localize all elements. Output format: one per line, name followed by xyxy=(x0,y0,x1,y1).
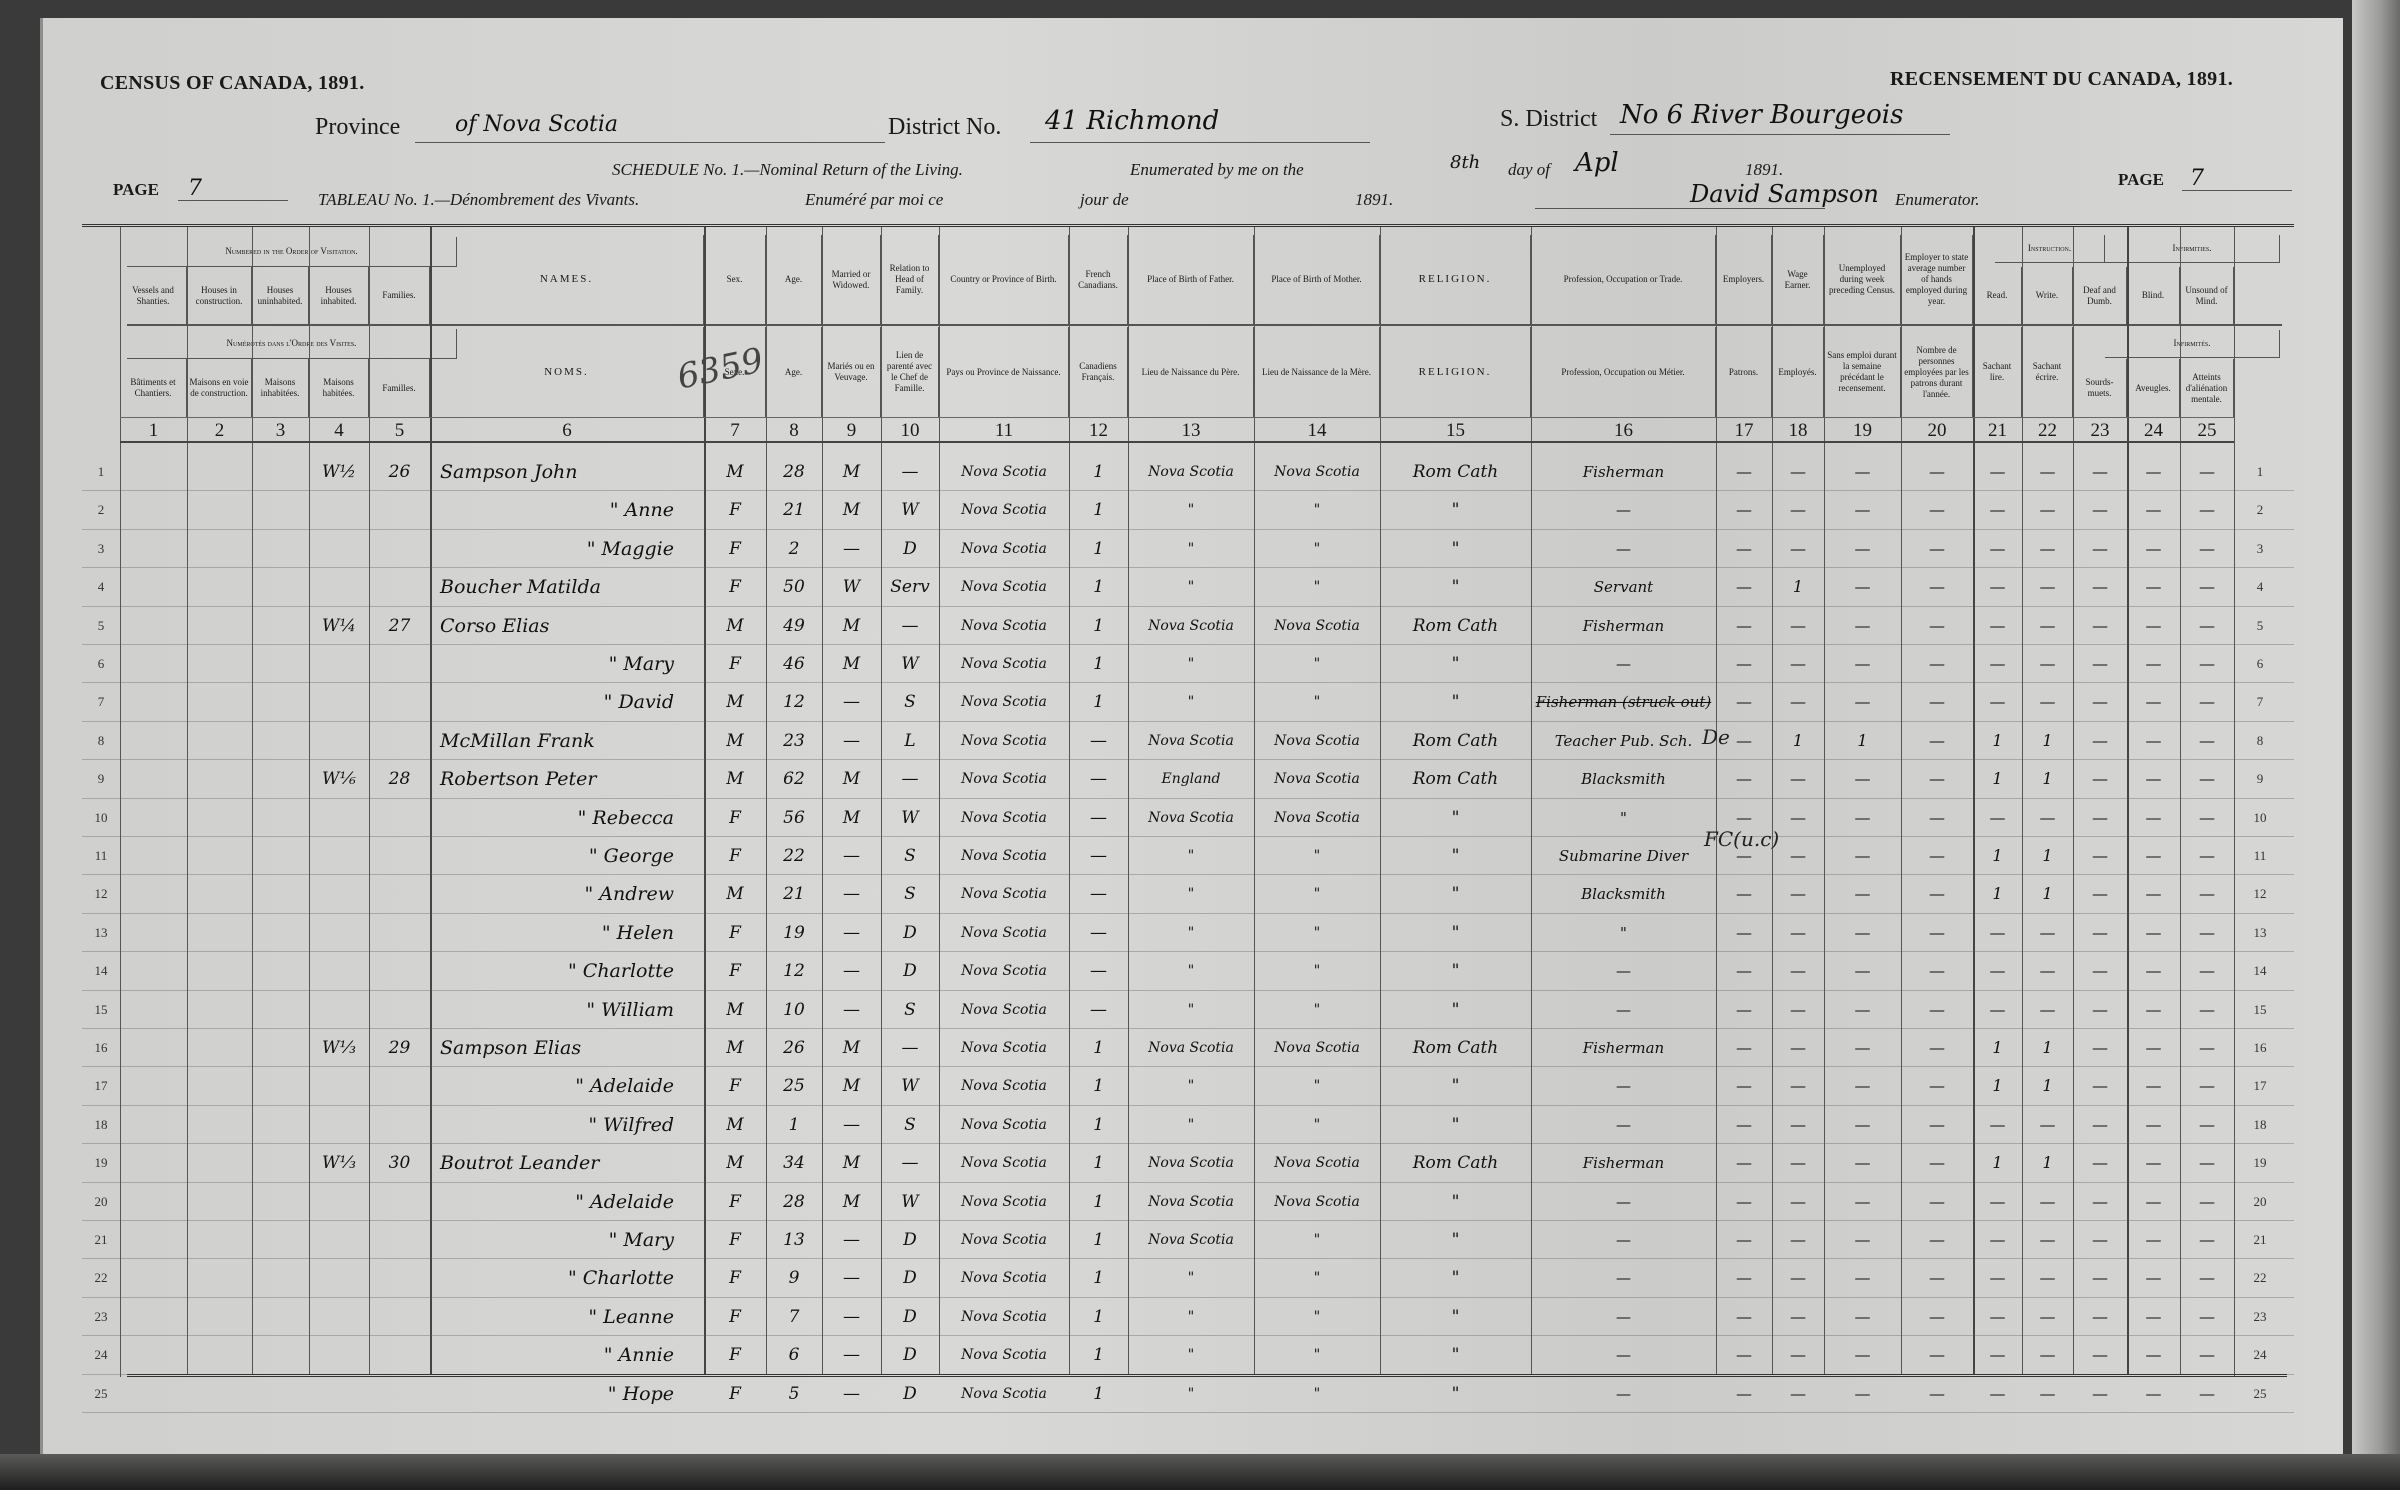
c23-cell: — xyxy=(2073,875,2127,913)
c17-cell: — xyxy=(1716,1375,1772,1413)
c18-cell: — xyxy=(1772,530,1824,568)
row-number-left: 24 xyxy=(82,1336,120,1374)
c19-cell: — xyxy=(1824,1029,1901,1067)
religion-cell: Rom Cath xyxy=(1380,453,1531,491)
sex-cell: M xyxy=(704,1106,766,1144)
birth-cell: Nova Scotia xyxy=(939,760,1069,798)
married-cell: — xyxy=(822,1298,881,1336)
group-infirmities-fr: Infirmités. xyxy=(2105,330,2280,358)
column-header-fr-19: Sans emploi durant la semaine précédant … xyxy=(1824,327,1901,417)
c25-cell: — xyxy=(2180,607,2234,645)
row-number-left: 20 xyxy=(82,1183,120,1221)
page-value-right: 7 xyxy=(2190,166,2204,191)
married-cell: M xyxy=(822,607,881,645)
column-header-fr-6: NOMS. xyxy=(430,327,704,417)
c18-cell: — xyxy=(1772,1067,1824,1105)
column-header-fr-23: Sourds-muets. xyxy=(2073,359,2127,417)
column-number-4: 4 xyxy=(309,417,369,443)
family-number-cell xyxy=(369,1067,430,1105)
c17-cell: — xyxy=(1716,1221,1772,1259)
occupation-cell: Blacksmith xyxy=(1531,875,1716,913)
c18-cell: — xyxy=(1772,991,1824,1029)
c20-cell: — xyxy=(1901,1298,1973,1336)
french-cell: — xyxy=(1069,952,1128,990)
page-value-left: 7 xyxy=(188,176,202,201)
c17-cell: — xyxy=(1716,607,1772,645)
family-number-cell xyxy=(369,530,430,568)
c19-cell: — xyxy=(1824,1144,1901,1182)
relation-cell: W xyxy=(881,799,939,837)
father-cell: Nova Scotia xyxy=(1128,453,1254,491)
c17-cell: — xyxy=(1716,645,1772,683)
name-cell: " Annie xyxy=(430,1336,704,1374)
french-cell: 1 xyxy=(1069,1067,1128,1105)
house-number-cell xyxy=(309,530,369,568)
row-number-right: 25 xyxy=(2240,1375,2280,1413)
c17-cell: — xyxy=(1716,1259,1772,1297)
row-number-right: 9 xyxy=(2240,760,2280,798)
mother-cell: " xyxy=(1254,1259,1380,1297)
relation-cell: S xyxy=(881,837,939,875)
column-number-11: 11 xyxy=(939,417,1069,443)
c21-cell: — xyxy=(1973,607,2022,645)
french-cell: — xyxy=(1069,799,1128,837)
c21-cell: 1 xyxy=(1973,837,2022,875)
c24-cell: — xyxy=(2127,491,2180,529)
c25-cell: — xyxy=(2180,1375,2234,1413)
table-row: 66" MaryF46MWNova Scotia1"""—————————— xyxy=(82,645,2294,683)
c21-cell: — xyxy=(1973,1375,2022,1413)
column-number-16: 16 xyxy=(1531,417,1716,443)
name-cell: " Maggie xyxy=(430,530,704,568)
age-cell: 46 xyxy=(766,645,822,683)
age-cell: 21 xyxy=(766,491,822,529)
c18-cell: — xyxy=(1772,799,1824,837)
house-number-cell xyxy=(309,799,369,837)
mother-cell: Nova Scotia xyxy=(1254,453,1380,491)
birth-cell: Nova Scotia xyxy=(939,799,1069,837)
family-number-cell xyxy=(369,491,430,529)
family-number-cell xyxy=(369,952,430,990)
sex-cell: F xyxy=(704,799,766,837)
sub-district-value: No 6 River Bourgeois xyxy=(1620,100,1903,130)
relation-cell: S xyxy=(881,683,939,721)
relation-cell: D xyxy=(881,1298,939,1336)
mother-cell: " xyxy=(1254,952,1380,990)
c20-cell: — xyxy=(1901,491,1973,529)
french-cell: — xyxy=(1069,760,1128,798)
house-number-cell xyxy=(309,568,369,606)
table-row: 2121" MaryF13—DNova Scotia1Nova Scotia""… xyxy=(82,1221,2294,1259)
house-number-cell xyxy=(309,683,369,721)
name-cell: " Mary xyxy=(430,1221,704,1259)
sex-cell: F xyxy=(704,1221,766,1259)
c19-cell: — xyxy=(1824,645,1901,683)
occupation-cell: — xyxy=(1531,952,1716,990)
sex-cell: M xyxy=(704,1144,766,1182)
relation-cell: Serv xyxy=(881,568,939,606)
religion-cell: Rom Cath xyxy=(1380,1029,1531,1067)
row-number-left: 3 xyxy=(82,530,120,568)
french-cell: 1 xyxy=(1069,1029,1128,1067)
mother-cell: " xyxy=(1254,991,1380,1029)
relation-cell: D xyxy=(881,1336,939,1374)
c19-cell: — xyxy=(1824,683,1901,721)
row-number-right: 24 xyxy=(2240,1336,2280,1374)
column-number-23: 23 xyxy=(2073,417,2127,443)
column-header-fr-16: Profession, Occupation ou Métier. xyxy=(1531,327,1716,417)
c17-cell: — xyxy=(1716,914,1772,952)
sex-cell: F xyxy=(704,952,766,990)
family-number-cell: 27 xyxy=(369,607,430,645)
row-number-left: 5 xyxy=(82,607,120,645)
c20-cell: — xyxy=(1901,683,1973,721)
family-number-cell xyxy=(369,722,430,760)
column-header-fr-24: Aveugles. xyxy=(2127,359,2180,417)
father-cell: " xyxy=(1128,991,1254,1029)
sex-cell: F xyxy=(704,1336,766,1374)
birth-cell: Nova Scotia xyxy=(939,991,1069,1029)
row-number-right: 19 xyxy=(2240,1144,2280,1182)
c25-cell: — xyxy=(2180,722,2234,760)
birth-cell: Nova Scotia xyxy=(939,1375,1069,1413)
mother-cell: " xyxy=(1254,914,1380,952)
occupation-cell: Fisherman xyxy=(1531,453,1716,491)
year-french: 1891. xyxy=(1355,190,1393,210)
french-cell: 1 xyxy=(1069,491,1128,529)
age-cell: 49 xyxy=(766,607,822,645)
relation-cell: D xyxy=(881,1221,939,1259)
table-row: 1919W⅓30Boutrot LeanderM34M—Nova Scotia1… xyxy=(82,1144,2294,1182)
sex-cell: M xyxy=(704,760,766,798)
family-number-cell xyxy=(369,1221,430,1259)
group-infirmities-en: Infirmities. xyxy=(2105,235,2280,263)
relation-cell: — xyxy=(881,607,939,645)
c21-cell: 1 xyxy=(1973,1029,2022,1067)
age-cell: 19 xyxy=(766,914,822,952)
c19-cell: — xyxy=(1824,1106,1901,1144)
c17-cell: — xyxy=(1716,1067,1772,1105)
c20-cell: — xyxy=(1901,1106,1973,1144)
birth-cell: Nova Scotia xyxy=(939,1067,1069,1105)
mother-cell: Nova Scotia xyxy=(1254,722,1380,760)
mother-cell: " xyxy=(1254,491,1380,529)
name-cell: " Andrew xyxy=(430,875,704,913)
c21-cell: — xyxy=(1973,1259,2022,1297)
column-header-fr-1: Bâtiments et Chantiers. xyxy=(120,359,187,417)
french-cell: 1 xyxy=(1069,453,1128,491)
column-number-13: 13 xyxy=(1128,417,1254,443)
c24-cell: — xyxy=(2127,722,2180,760)
c22-cell: 1 xyxy=(2022,760,2073,798)
c24-cell: — xyxy=(2127,799,2180,837)
c24-cell: — xyxy=(2127,1144,2180,1182)
column-number-17: 17 xyxy=(1716,417,1772,443)
mother-cell: " xyxy=(1254,1336,1380,1374)
mother-cell: " xyxy=(1254,1298,1380,1336)
birth-cell: Nova Scotia xyxy=(939,1259,1069,1297)
c19-cell: — xyxy=(1824,837,1901,875)
sub-district-line xyxy=(1610,134,1950,135)
row-number-left: 25 xyxy=(82,1375,120,1413)
married-cell: M xyxy=(822,760,881,798)
column-number-8: 8 xyxy=(766,417,822,443)
c18-cell: — xyxy=(1772,683,1824,721)
father-cell: Nova Scotia xyxy=(1128,607,1254,645)
c25-cell: — xyxy=(2180,1029,2234,1067)
age-cell: 25 xyxy=(766,1067,822,1105)
c18-cell: — xyxy=(1772,1259,1824,1297)
father-cell: Nova Scotia xyxy=(1128,722,1254,760)
table-row: 2222" CharlotteF9—DNova Scotia1"""——————… xyxy=(82,1259,2294,1297)
father-cell: " xyxy=(1128,491,1254,529)
c23-cell: — xyxy=(2073,799,2127,837)
house-number-cell: W¼ xyxy=(309,607,369,645)
mother-cell: " xyxy=(1254,837,1380,875)
birth-cell: Nova Scotia xyxy=(939,568,1069,606)
french-cell: 1 xyxy=(1069,1106,1128,1144)
religion-cell: " xyxy=(1380,1221,1531,1259)
c17-cell: — xyxy=(1716,1336,1772,1374)
father-cell: " xyxy=(1128,837,1254,875)
day-value: 8th xyxy=(1450,152,1480,173)
house-number-cell xyxy=(309,722,369,760)
sex-cell: M xyxy=(704,875,766,913)
house-number-cell xyxy=(309,952,369,990)
c23-cell: — xyxy=(2073,491,2127,529)
row-number-left: 21 xyxy=(82,1221,120,1259)
occupation-cell: " xyxy=(1531,799,1716,837)
c20-cell: — xyxy=(1901,1259,1973,1297)
column-header-en-4: Houses inhabited. xyxy=(309,267,369,324)
column-header-fr-17: Patrons. xyxy=(1716,327,1772,417)
c18-cell: — xyxy=(1772,1375,1824,1413)
row-number-right: 13 xyxy=(2240,914,2280,952)
relation-cell: — xyxy=(881,1144,939,1182)
column-header-en-18: Wage Earner. xyxy=(1772,235,1824,324)
mother-cell: Nova Scotia xyxy=(1254,799,1380,837)
c21-cell: — xyxy=(1973,645,2022,683)
father-cell: " xyxy=(1128,914,1254,952)
c20-cell: — xyxy=(1901,530,1973,568)
name-cell: Robertson Peter xyxy=(430,760,704,798)
name-cell: " Rebecca xyxy=(430,799,704,837)
name-cell: " Adelaide xyxy=(430,1067,704,1105)
c23-cell: — xyxy=(2073,607,2127,645)
birth-cell: Nova Scotia xyxy=(939,453,1069,491)
c24-cell: — xyxy=(2127,1259,2180,1297)
house-number-cell xyxy=(309,991,369,1029)
c17-cell: — xyxy=(1716,1298,1772,1336)
french-cell: 1 xyxy=(1069,607,1128,645)
married-cell: — xyxy=(822,1259,881,1297)
married-cell: M xyxy=(822,1029,881,1067)
birth-cell: Nova Scotia xyxy=(939,491,1069,529)
c22-cell: — xyxy=(2022,952,2073,990)
row-number-right: 18 xyxy=(2240,1106,2280,1144)
french-cell: — xyxy=(1069,837,1128,875)
sex-cell: M xyxy=(704,722,766,760)
row-number-left: 4 xyxy=(82,568,120,606)
column-header-en-15: RELIGION. xyxy=(1380,235,1531,324)
house-number-cell xyxy=(309,1067,369,1105)
c20-cell: — xyxy=(1901,1183,1973,1221)
house-number-cell: W⅙ xyxy=(309,760,369,798)
row-number-left: 11 xyxy=(82,837,120,875)
column-header-fr-18: Employés. xyxy=(1772,327,1824,417)
column-header-fr-12: Canadiens Français. xyxy=(1069,327,1128,417)
occupation-cell: " xyxy=(1531,914,1716,952)
c25-cell: — xyxy=(2180,1259,2234,1297)
c25-cell: — xyxy=(2180,530,2234,568)
table-row: 1010" RebeccaF56MWNova Scotia—Nova Scoti… xyxy=(82,799,2294,837)
row-number-right: 6 xyxy=(2240,645,2280,683)
c20-cell: — xyxy=(1901,1375,1973,1413)
c23-cell: — xyxy=(2073,760,2127,798)
column-number-22: 22 xyxy=(2022,417,2073,443)
religion-cell: " xyxy=(1380,991,1531,1029)
french-cell: 1 xyxy=(1069,1336,1128,1374)
mother-cell: " xyxy=(1254,683,1380,721)
house-number-cell xyxy=(309,1221,369,1259)
occupation-cell: Fisherman xyxy=(1531,607,1716,645)
father-cell: " xyxy=(1128,683,1254,721)
c21-cell: 1 xyxy=(1973,1067,2022,1105)
c25-cell: — xyxy=(2180,1144,2234,1182)
c17-cell: — xyxy=(1716,530,1772,568)
birth-cell: Nova Scotia xyxy=(939,645,1069,683)
family-number-cell xyxy=(369,1336,430,1374)
name-cell: " Wilfred xyxy=(430,1106,704,1144)
c22-cell: — xyxy=(2022,1336,2073,1374)
c19-cell: — xyxy=(1824,760,1901,798)
sex-cell: F xyxy=(704,491,766,529)
mother-cell: " xyxy=(1254,875,1380,913)
house-number-cell xyxy=(309,1336,369,1374)
c22-cell: 1 xyxy=(2022,1029,2073,1067)
name-cell: Sampson John xyxy=(430,453,704,491)
c20-cell: — xyxy=(1901,568,1973,606)
c23-cell: — xyxy=(2073,645,2127,683)
c19-cell: — xyxy=(1824,491,1901,529)
table-row: 1717" AdelaideF25MWNova Scotia1"""—————1… xyxy=(82,1067,2294,1105)
year-english: 1891. xyxy=(1745,160,1783,180)
province-label: Province xyxy=(315,114,400,141)
name-cell: Corso Elias xyxy=(430,607,704,645)
married-cell: — xyxy=(822,530,881,568)
c22-cell: — xyxy=(2022,1259,2073,1297)
c23-cell: — xyxy=(2073,1144,2127,1182)
c19-cell: — xyxy=(1824,914,1901,952)
relation-cell: — xyxy=(881,1029,939,1067)
row-number-right: 4 xyxy=(2240,568,2280,606)
religion-cell: " xyxy=(1380,1375,1531,1413)
c22-cell: — xyxy=(2022,1183,2073,1221)
row-number-right: 1 xyxy=(2240,453,2280,491)
house-number-cell xyxy=(309,491,369,529)
birth-cell: Nova Scotia xyxy=(939,722,1069,760)
row-number-left: 8 xyxy=(82,722,120,760)
c23-cell: — xyxy=(2073,1336,2127,1374)
table-row: 55W¼27Corso EliasM49M—Nova Scotia1Nova S… xyxy=(82,607,2294,645)
c25-cell: — xyxy=(2180,491,2234,529)
c19-cell: — xyxy=(1824,991,1901,1029)
birth-cell: Nova Scotia xyxy=(939,952,1069,990)
married-cell: M xyxy=(822,799,881,837)
family-number-cell: 26 xyxy=(369,453,430,491)
row-number-left: 9 xyxy=(82,760,120,798)
c21-cell: — xyxy=(1973,1298,2022,1336)
religion-cell: Rom Cath xyxy=(1380,760,1531,798)
religion-cell: " xyxy=(1380,837,1531,875)
group-visitation-en: Numbered in the Order of Visitation. xyxy=(127,237,457,267)
mother-cell: Nova Scotia xyxy=(1254,1029,1380,1067)
row-number-left: 23 xyxy=(82,1298,120,1336)
c25-cell: — xyxy=(2180,1336,2234,1374)
house-number-cell: W⅓ xyxy=(309,1144,369,1182)
c25-cell: — xyxy=(2180,875,2234,913)
c25-cell: — xyxy=(2180,1183,2234,1221)
c21-cell: — xyxy=(1973,453,2022,491)
enumerator-label: Enumerator. xyxy=(1895,190,1980,210)
c17-cell: — xyxy=(1716,491,1772,529)
c22-cell: — xyxy=(2022,1221,2073,1259)
column-header-fr-10: Lien de parenté avec le Chef de Famille. xyxy=(881,327,939,417)
schedule-english: SCHEDULE No. 1.—Nominal Return of the Li… xyxy=(612,160,963,180)
c24-cell: — xyxy=(2127,760,2180,798)
age-cell: 22 xyxy=(766,837,822,875)
mother-cell: Nova Scotia xyxy=(1254,607,1380,645)
family-number-cell xyxy=(369,1183,430,1221)
french-cell: — xyxy=(1069,875,1128,913)
religion-cell: " xyxy=(1380,568,1531,606)
c18-cell: 1 xyxy=(1772,722,1824,760)
c25-cell: — xyxy=(2180,799,2234,837)
c18-cell: 1 xyxy=(1772,568,1824,606)
religion-cell: " xyxy=(1380,530,1531,568)
sex-cell: F xyxy=(704,1067,766,1105)
margin-note-row11: FC(u.c) xyxy=(1704,827,1779,851)
province-value: of Nova Scotia xyxy=(455,112,618,137)
religion-cell: " xyxy=(1380,1259,1531,1297)
column-header-en-7: Sex. xyxy=(704,235,766,324)
mother-cell: " xyxy=(1254,1221,1380,1259)
column-number-19: 19 xyxy=(1824,417,1901,443)
sub-district-label: S. District xyxy=(1500,106,1597,133)
married-cell: M xyxy=(822,491,881,529)
enumerated-french: Enuméré par moi ce xyxy=(805,190,943,210)
c23-cell: — xyxy=(2073,1183,2127,1221)
c19-cell: — xyxy=(1824,799,1901,837)
c18-cell: — xyxy=(1772,1183,1824,1221)
column-header-en-25: Unsound of Mind. xyxy=(2180,267,2234,324)
religion-cell: " xyxy=(1380,914,1531,952)
c18-cell: — xyxy=(1772,952,1824,990)
c20-cell: — xyxy=(1901,1067,1973,1105)
c21-cell: — xyxy=(1973,1336,2022,1374)
family-number-cell xyxy=(369,683,430,721)
c23-cell: — xyxy=(2073,1029,2127,1067)
c17-cell: — xyxy=(1716,991,1772,1029)
census-table: Numbered in the Order of Visitation. Num… xyxy=(82,224,2294,1392)
c24-cell: — xyxy=(2127,1221,2180,1259)
c20-cell: — xyxy=(1901,760,1973,798)
religion-cell: " xyxy=(1380,952,1531,990)
family-number-cell xyxy=(369,1298,430,1336)
enumerator-line xyxy=(1535,208,1825,209)
c23-cell: — xyxy=(2073,568,2127,606)
table-row: 99W⅙28Robertson PeterM62M—Nova Scotia—En… xyxy=(82,760,2294,798)
